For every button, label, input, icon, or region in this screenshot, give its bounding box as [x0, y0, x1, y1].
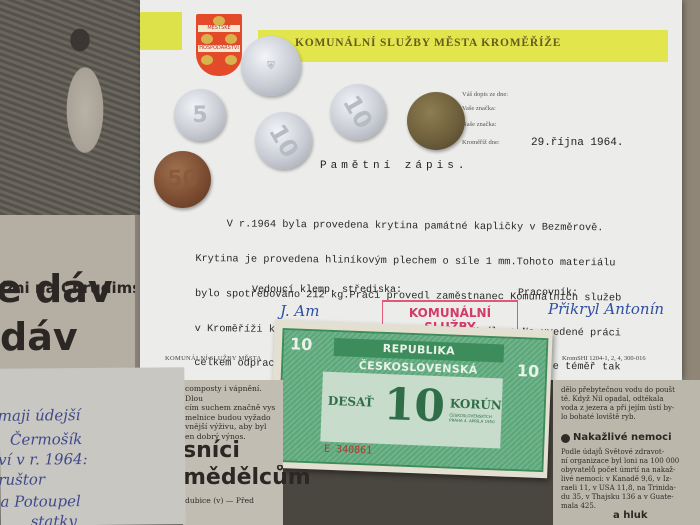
- newspaper-mid-headline-2: mědělcům: [183, 465, 311, 490]
- banknote-corner-value-right: 10: [517, 361, 540, 381]
- meta-field-date-label: Kroměříž dne:: [462, 139, 500, 146]
- leaf-icon: [201, 34, 213, 44]
- newspaper-clipping-right: dělo přebytečnou vodu do poušt tě. Když …: [553, 380, 700, 525]
- banknote-face: REPUBLIKA ČESKOSLOVENSKÁ 10 10 DESAŤ 10 …: [277, 328, 548, 472]
- bullet-icon: [561, 434, 570, 443]
- banknote-small-text: ČESKOSLOVENSKÝCH PRAHA 4. APRÍLA 1950: [449, 412, 499, 424]
- meta-field-your-ref: Vaše značka:: [462, 105, 496, 112]
- banknote-issuer: REPUBLIKA ČESKOSLOVENSKÁ: [334, 338, 505, 363]
- coin-50: 50: [154, 151, 211, 208]
- body-line: Krytina je provedena hliníkovým plechem …: [195, 254, 625, 270]
- handwritten-line: Čermošík: [10, 430, 83, 449]
- banknote-corner-value-left: 10: [290, 334, 313, 354]
- newspaper-headline-3: dáv: [0, 315, 135, 359]
- background-edge: [682, 0, 700, 380]
- signature-left-label: Vedoucí klemp. střediska:: [252, 285, 402, 296]
- newspaper-photo-farmworker: [0, 0, 140, 215]
- newspaper-right-subheading: a hluk: [613, 510, 648, 521]
- coin-10-a: 10: [255, 112, 312, 169]
- crest-text-top: MĚSTSKÉ: [198, 25, 240, 32]
- newspaper-mid-paragraph: composty i vápnění. Dlou cím suchem znač…: [185, 384, 281, 441]
- leaf-icon: [201, 55, 213, 65]
- letter-footer-left: KOMUNÁLNÍ SLUŽBY MĚSTA: [165, 355, 261, 362]
- handwritten-line: a Potoupel: [0, 492, 80, 511]
- handwritten-line: maji údejší: [0, 406, 80, 425]
- document-title: Pamětní zápis.: [320, 160, 468, 172]
- newspaper-right-top-paragraph: dělo přebytečnou vodu do poušt tě. Když …: [561, 386, 697, 422]
- letter-footer-right: KromSHI 1204-1, 2, 4, 300-016: [562, 355, 646, 362]
- letterhead-yellow-tab: [140, 12, 182, 50]
- newspaper-right-body: Podle údajů Světové zdravot- ní organiza…: [561, 448, 697, 511]
- banknote-value-words-right: KORÚN: [450, 397, 502, 413]
- city-crest-logo: MĚSTSKÉ HOSPODÁŘSTVÍ: [196, 14, 242, 76]
- body-line: V r.1964 byla provedena krytina památné …: [196, 219, 626, 235]
- coin-10-b: 10: [330, 84, 386, 140]
- banknote-10-korun: REPUBLIKA ČESKOSLOVENSKÁ 10 10 DESAŤ 10 …: [269, 320, 552, 479]
- signature-right: Přikryl Antonín: [548, 300, 664, 318]
- handwritten-line: ví v r. 1964:: [0, 450, 88, 469]
- handwritten-note: maji údejší Čermošík ví v r. 1964: rušto…: [0, 367, 186, 525]
- newspaper-mid-headline-1: sníci: [183, 438, 240, 463]
- coin-crest-aluminium: ⛨: [241, 36, 301, 96]
- banknote-center-panel: DESAŤ 10 KORÚN ČESKOSLOVENSKÝCH PRAHA 4.…: [320, 372, 503, 449]
- banknote-value: 10: [383, 380, 446, 432]
- newspaper-headline-2: e dáv: [0, 267, 135, 311]
- meta-field-your-letter: Váš dopis ze dne:: [462, 91, 508, 98]
- crest-text-bottom: HOSPODÁŘSTVÍ: [198, 45, 240, 52]
- newspaper-clipping-middle: composty i vápnění. Dlou cím suchem znač…: [183, 380, 283, 525]
- banknote-serial: E 340861: [324, 444, 373, 457]
- coin-crest-icon: ⛨: [267, 61, 275, 72]
- signature-right-label: Pracovník:: [518, 288, 578, 299]
- newspaper-mid-lede: dubice (v) — Před: [185, 496, 254, 506]
- newspaper-headline-strip: ízni na Chrudims e dáv dáv: [0, 215, 135, 380]
- banknote-value-words-left: DESAŤ: [328, 394, 374, 410]
- leaf-icon: [225, 34, 237, 44]
- coin-5: 5: [174, 89, 226, 141]
- handwritten-line: ruštor: [0, 470, 45, 488]
- letter-date: 29.října 1964.: [531, 137, 623, 149]
- signature-left: J. Am: [280, 302, 319, 320]
- handwritten-line: statky: [31, 512, 77, 525]
- leaf-icon: [225, 55, 237, 65]
- newspaper-right-heading: Nakažlivé nemoci: [573, 432, 672, 443]
- coin-brass: [407, 92, 465, 150]
- letterhead-title: KOMUNÁLNÍ SLUŽBY MĚSTA KROMĚŘÍŽE: [295, 37, 561, 49]
- meta-field-our-ref: Naše značka:: [462, 121, 496, 128]
